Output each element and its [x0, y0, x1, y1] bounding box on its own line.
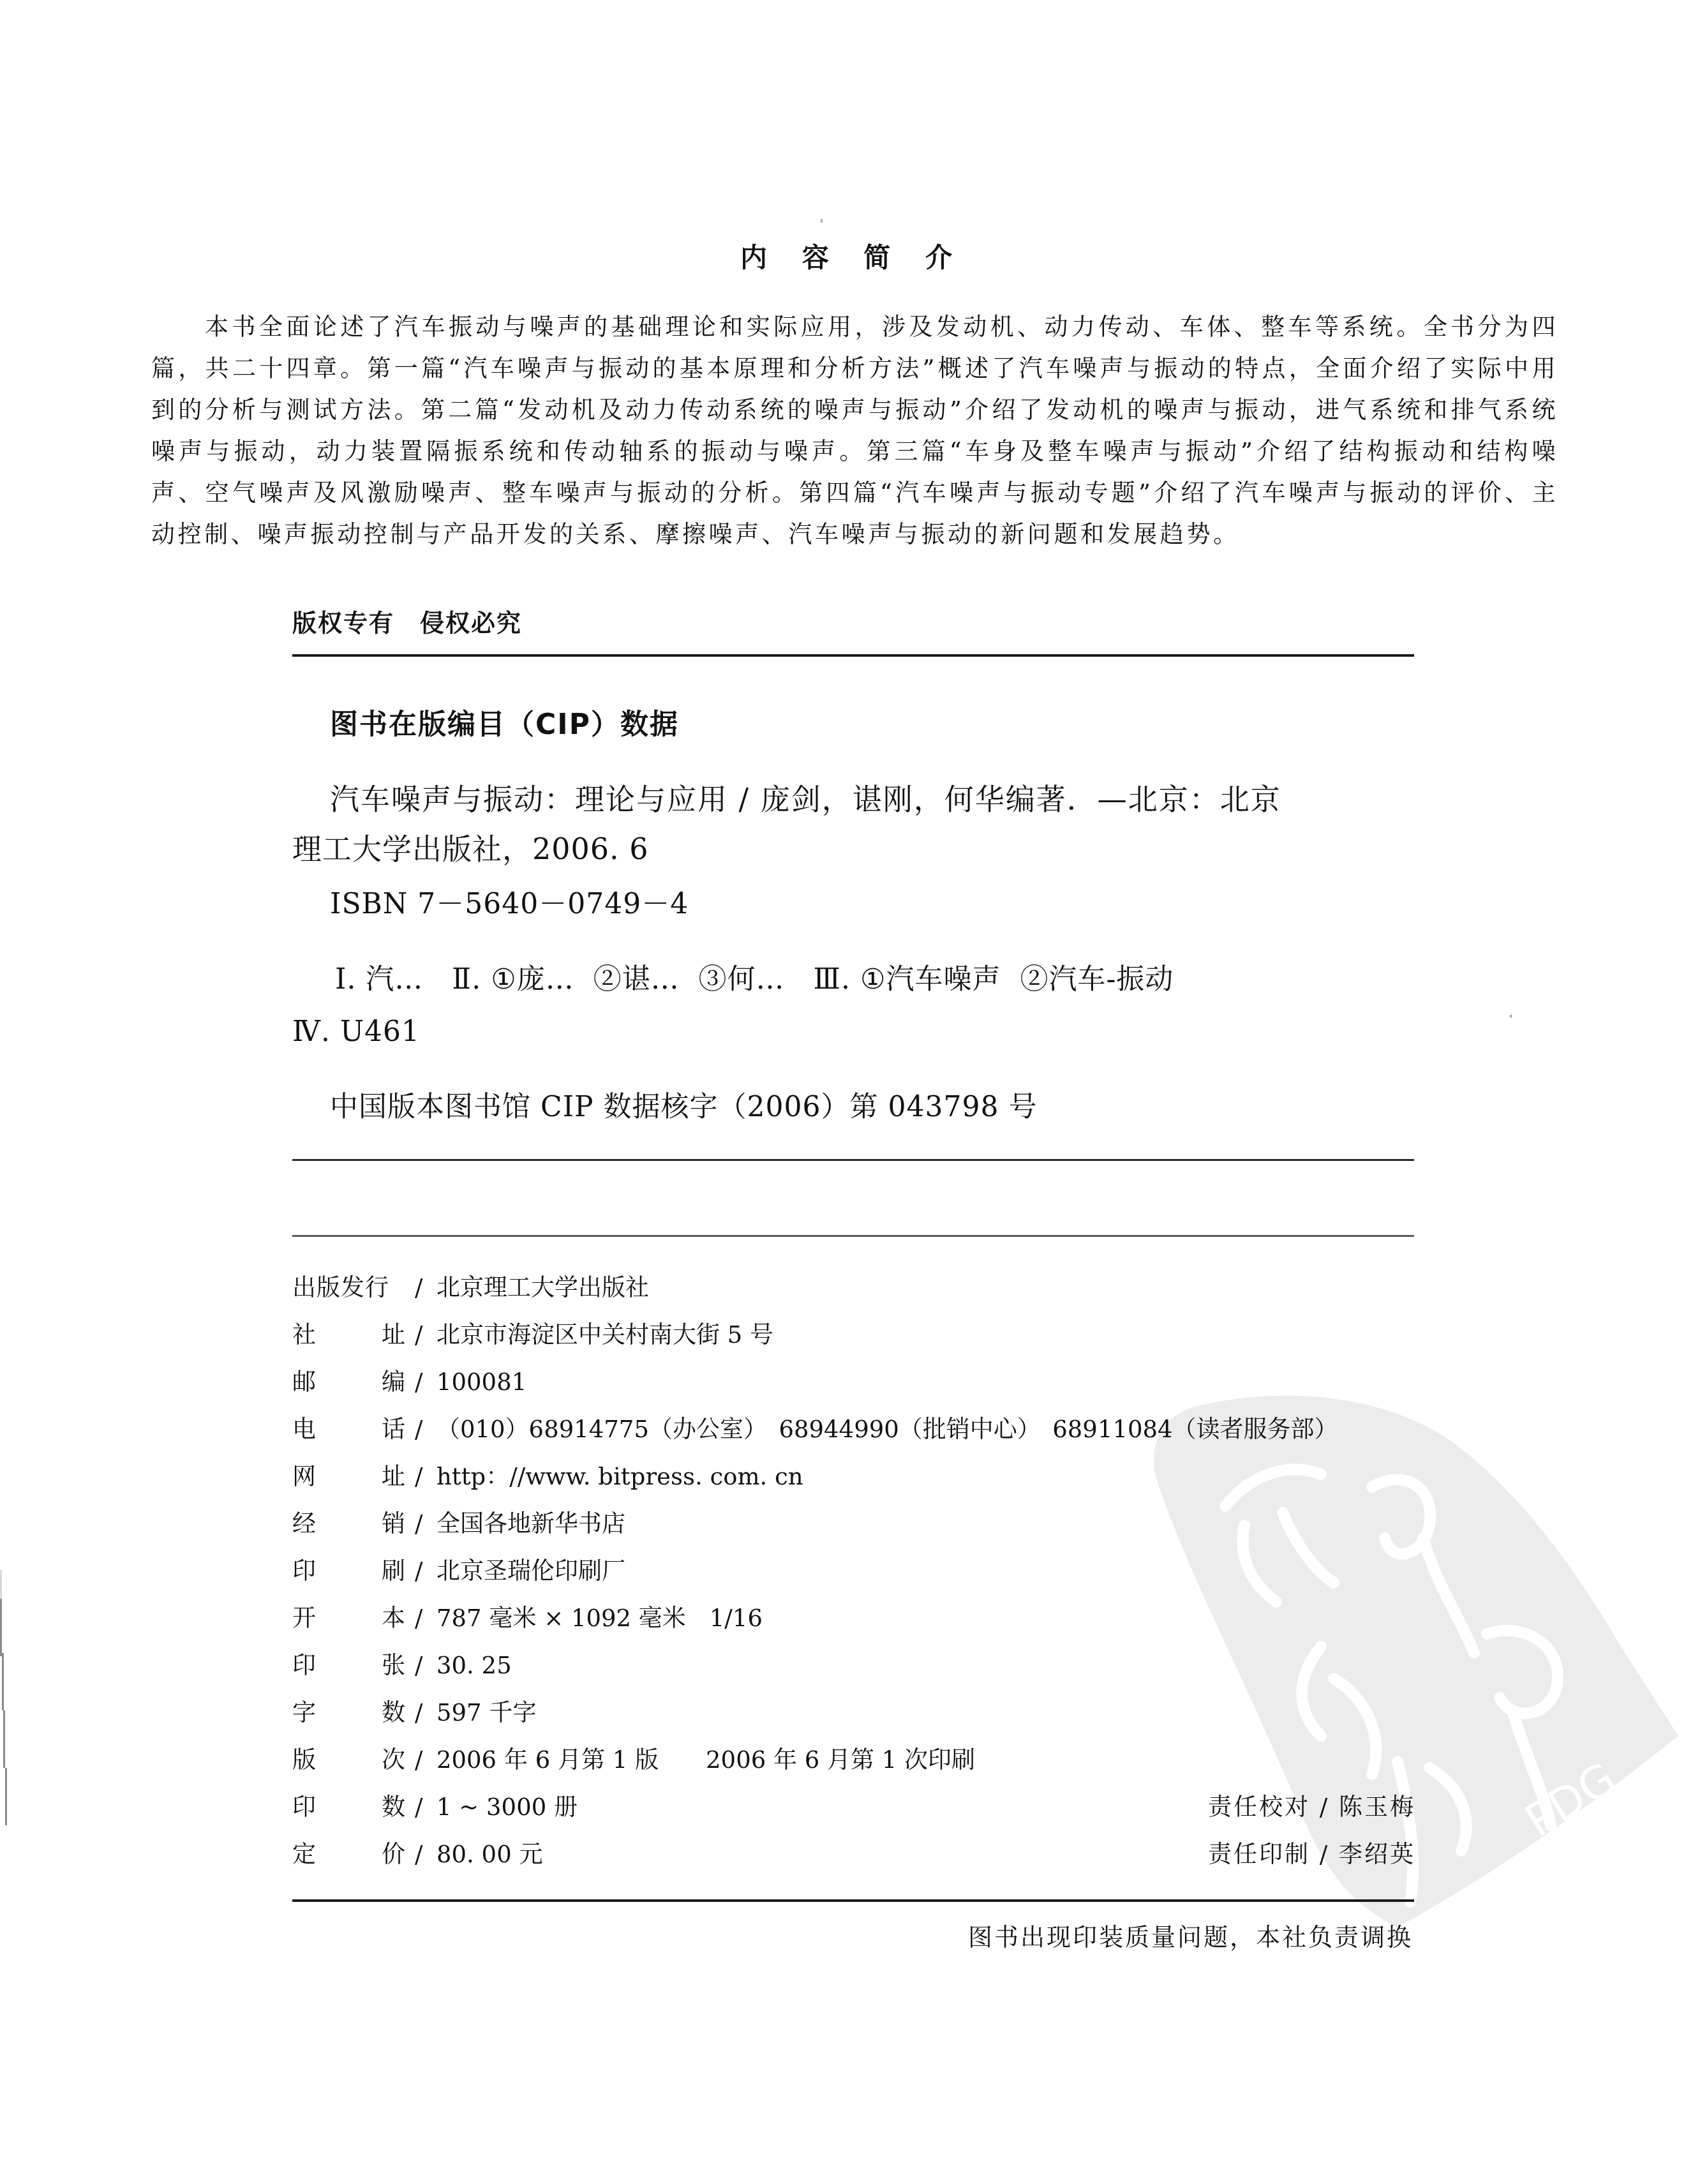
- label-char: 字: [292, 1697, 316, 1729]
- postcode-value: 100081: [436, 1366, 526, 1398]
- label-char: 刷: [382, 1555, 405, 1587]
- separator: /: [415, 1508, 422, 1540]
- edition-row: 版 次 / 2006 年 6 月第 1 版 2006 年 6 月第 1 次印刷: [292, 1744, 1415, 1776]
- print-run-row: 印 数 / 1 ~ 3000 册 责任校对 / 陈玉梅: [292, 1791, 1415, 1823]
- format-value: 787 毫米 × 1092 毫米 1/16: [436, 1603, 763, 1634]
- divider: [292, 1899, 1414, 1902]
- price-row: 定 价 / 80. 00 元 责任印制 / 李绍英: [292, 1839, 1415, 1871]
- separator: /: [415, 1555, 422, 1587]
- cip-classification-line: Ⅰ. 汽… Ⅱ. ①庞… ②谌… ③何… Ⅲ. ①汽车噪声 ②汽车-振动: [335, 961, 1174, 999]
- separator: /: [415, 1697, 422, 1729]
- label-char: 址: [382, 1461, 405, 1493]
- label-char: 印: [292, 1791, 316, 1823]
- sheets-row: 印 张 / 30. 25: [292, 1650, 1415, 1682]
- book-copyright-page: 内 容 简 介 本书全面论述了汽车振动与噪声的基础理论和实际应用，涉及发动机、动…: [0, 0, 1686, 2184]
- cip-title-line: 汽车噪声与振动：理论与应用 / 庞剑，谌刚，何华编著．—北京：北京: [330, 780, 1281, 818]
- label-char: 数: [382, 1697, 405, 1729]
- postcode-row: 邮 编 / 100081: [292, 1366, 1415, 1398]
- cip-heading: 图书在版编目（CIP）数据: [330, 707, 679, 743]
- label-char: 价: [382, 1839, 405, 1871]
- address-value: 北京市海淀区中关村南大街 5 号: [436, 1319, 773, 1351]
- label-char: 印: [292, 1555, 316, 1587]
- separator: /: [415, 1366, 422, 1398]
- cip-isbn-line: ISBN 7－5640－0749－4: [330, 885, 689, 924]
- scan-artifact: [821, 219, 823, 223]
- separator: /: [415, 1461, 422, 1493]
- separator: /: [415, 1791, 422, 1823]
- copyright-notice: 版权专有 侵权必究: [292, 608, 522, 638]
- address-row: 社 址 / 北京市海淀区中关村南大街 5 号: [292, 1319, 1415, 1351]
- separator: /: [415, 1272, 422, 1304]
- cip-class-number-line: Ⅳ. U461: [292, 1013, 420, 1051]
- website-row: 网 址 / http：//www. bitpress. com. cn: [292, 1461, 1415, 1493]
- label-char: 印: [292, 1650, 316, 1682]
- printer-row: 印 刷 / 北京圣瑞伦印刷厂: [292, 1555, 1415, 1587]
- label-char: 次: [382, 1744, 405, 1776]
- price-value: 80. 00 元: [436, 1839, 542, 1871]
- distributor-value: 全国各地新华书店: [436, 1508, 625, 1540]
- divider: [292, 654, 1414, 657]
- label-char: 张: [382, 1650, 405, 1682]
- label-char: 社: [292, 1319, 316, 1351]
- divider: [292, 1235, 1414, 1237]
- intro-paragraph: 本书全面论述了汽车振动与噪声的基础理论和实际应用，涉及发动机、动力传动、车体、整…: [151, 306, 1558, 555]
- separator: /: [415, 1603, 422, 1634]
- label-char: 话: [382, 1414, 405, 1446]
- label-char: 数: [382, 1791, 405, 1823]
- footer-note: 图书出现印装质量问题，本社负责调换: [968, 1921, 1413, 1953]
- label-char: 编: [382, 1366, 405, 1398]
- separator: /: [415, 1414, 422, 1446]
- format-row: 开 本 / 787 毫米 × 1092 毫米 1/16: [292, 1603, 1415, 1634]
- print-run-value: 1 ~ 3000 册: [436, 1791, 578, 1823]
- print-manager-credit: 责任印制 / 李绍英: [1208, 1839, 1415, 1871]
- label-char: 本: [382, 1603, 405, 1634]
- cip-record-number-line: 中国版本图书馆 CIP 数据核字（2006）第 043798 号: [330, 1088, 1038, 1126]
- printer-value: 北京圣瑞伦印刷厂: [436, 1555, 625, 1587]
- publisher-label: 出版发行: [292, 1272, 389, 1304]
- phone-row: 电 话 / （010）68914775（办公室） 68944990（批销中心） …: [292, 1414, 1415, 1446]
- distributor-row: 经 销 / 全国各地新华书店: [292, 1508, 1415, 1540]
- label-char: 电: [292, 1414, 316, 1446]
- separator: /: [415, 1839, 422, 1871]
- label-char: 址: [382, 1319, 405, 1351]
- label-char: 版: [292, 1744, 316, 1776]
- separator: /: [415, 1650, 422, 1682]
- scan-edge-artifact: [0, 1570, 8, 1825]
- label-char: 经: [292, 1508, 316, 1540]
- label-char: 定: [292, 1839, 316, 1871]
- sheets-value: 30. 25: [436, 1650, 512, 1682]
- separator: /: [415, 1744, 422, 1776]
- word-count-value: 597 千字: [436, 1697, 536, 1729]
- proofreader-credit: 责任校对 / 陈玉梅: [1208, 1791, 1415, 1823]
- publisher-row: 出版发行 / 北京理工大学出版社: [292, 1272, 1415, 1304]
- word-count-row: 字 数 / 597 千字: [292, 1697, 1415, 1729]
- label-char: 销: [382, 1508, 405, 1540]
- website-value: http：//www. bitpress. com. cn: [436, 1461, 803, 1493]
- scan-artifact: [1510, 1015, 1512, 1017]
- separator: /: [415, 1319, 422, 1351]
- publisher-value: 北京理工大学出版社: [436, 1272, 649, 1304]
- edition-value: 2006 年 6 月第 1 版 2006 年 6 月第 1 次印刷: [436, 1744, 975, 1776]
- label-char: 开: [292, 1603, 316, 1634]
- label-char: 邮: [292, 1366, 316, 1398]
- divider: [292, 1159, 1414, 1161]
- phone-value: （010）68914775（办公室） 68944990（批销中心） 689110…: [436, 1414, 1338, 1446]
- cip-publisher-line: 理工大学出版社，2006. 6: [292, 830, 649, 868]
- label-char: 网: [292, 1461, 316, 1493]
- page-title: 内 容 简 介: [0, 241, 1686, 274]
